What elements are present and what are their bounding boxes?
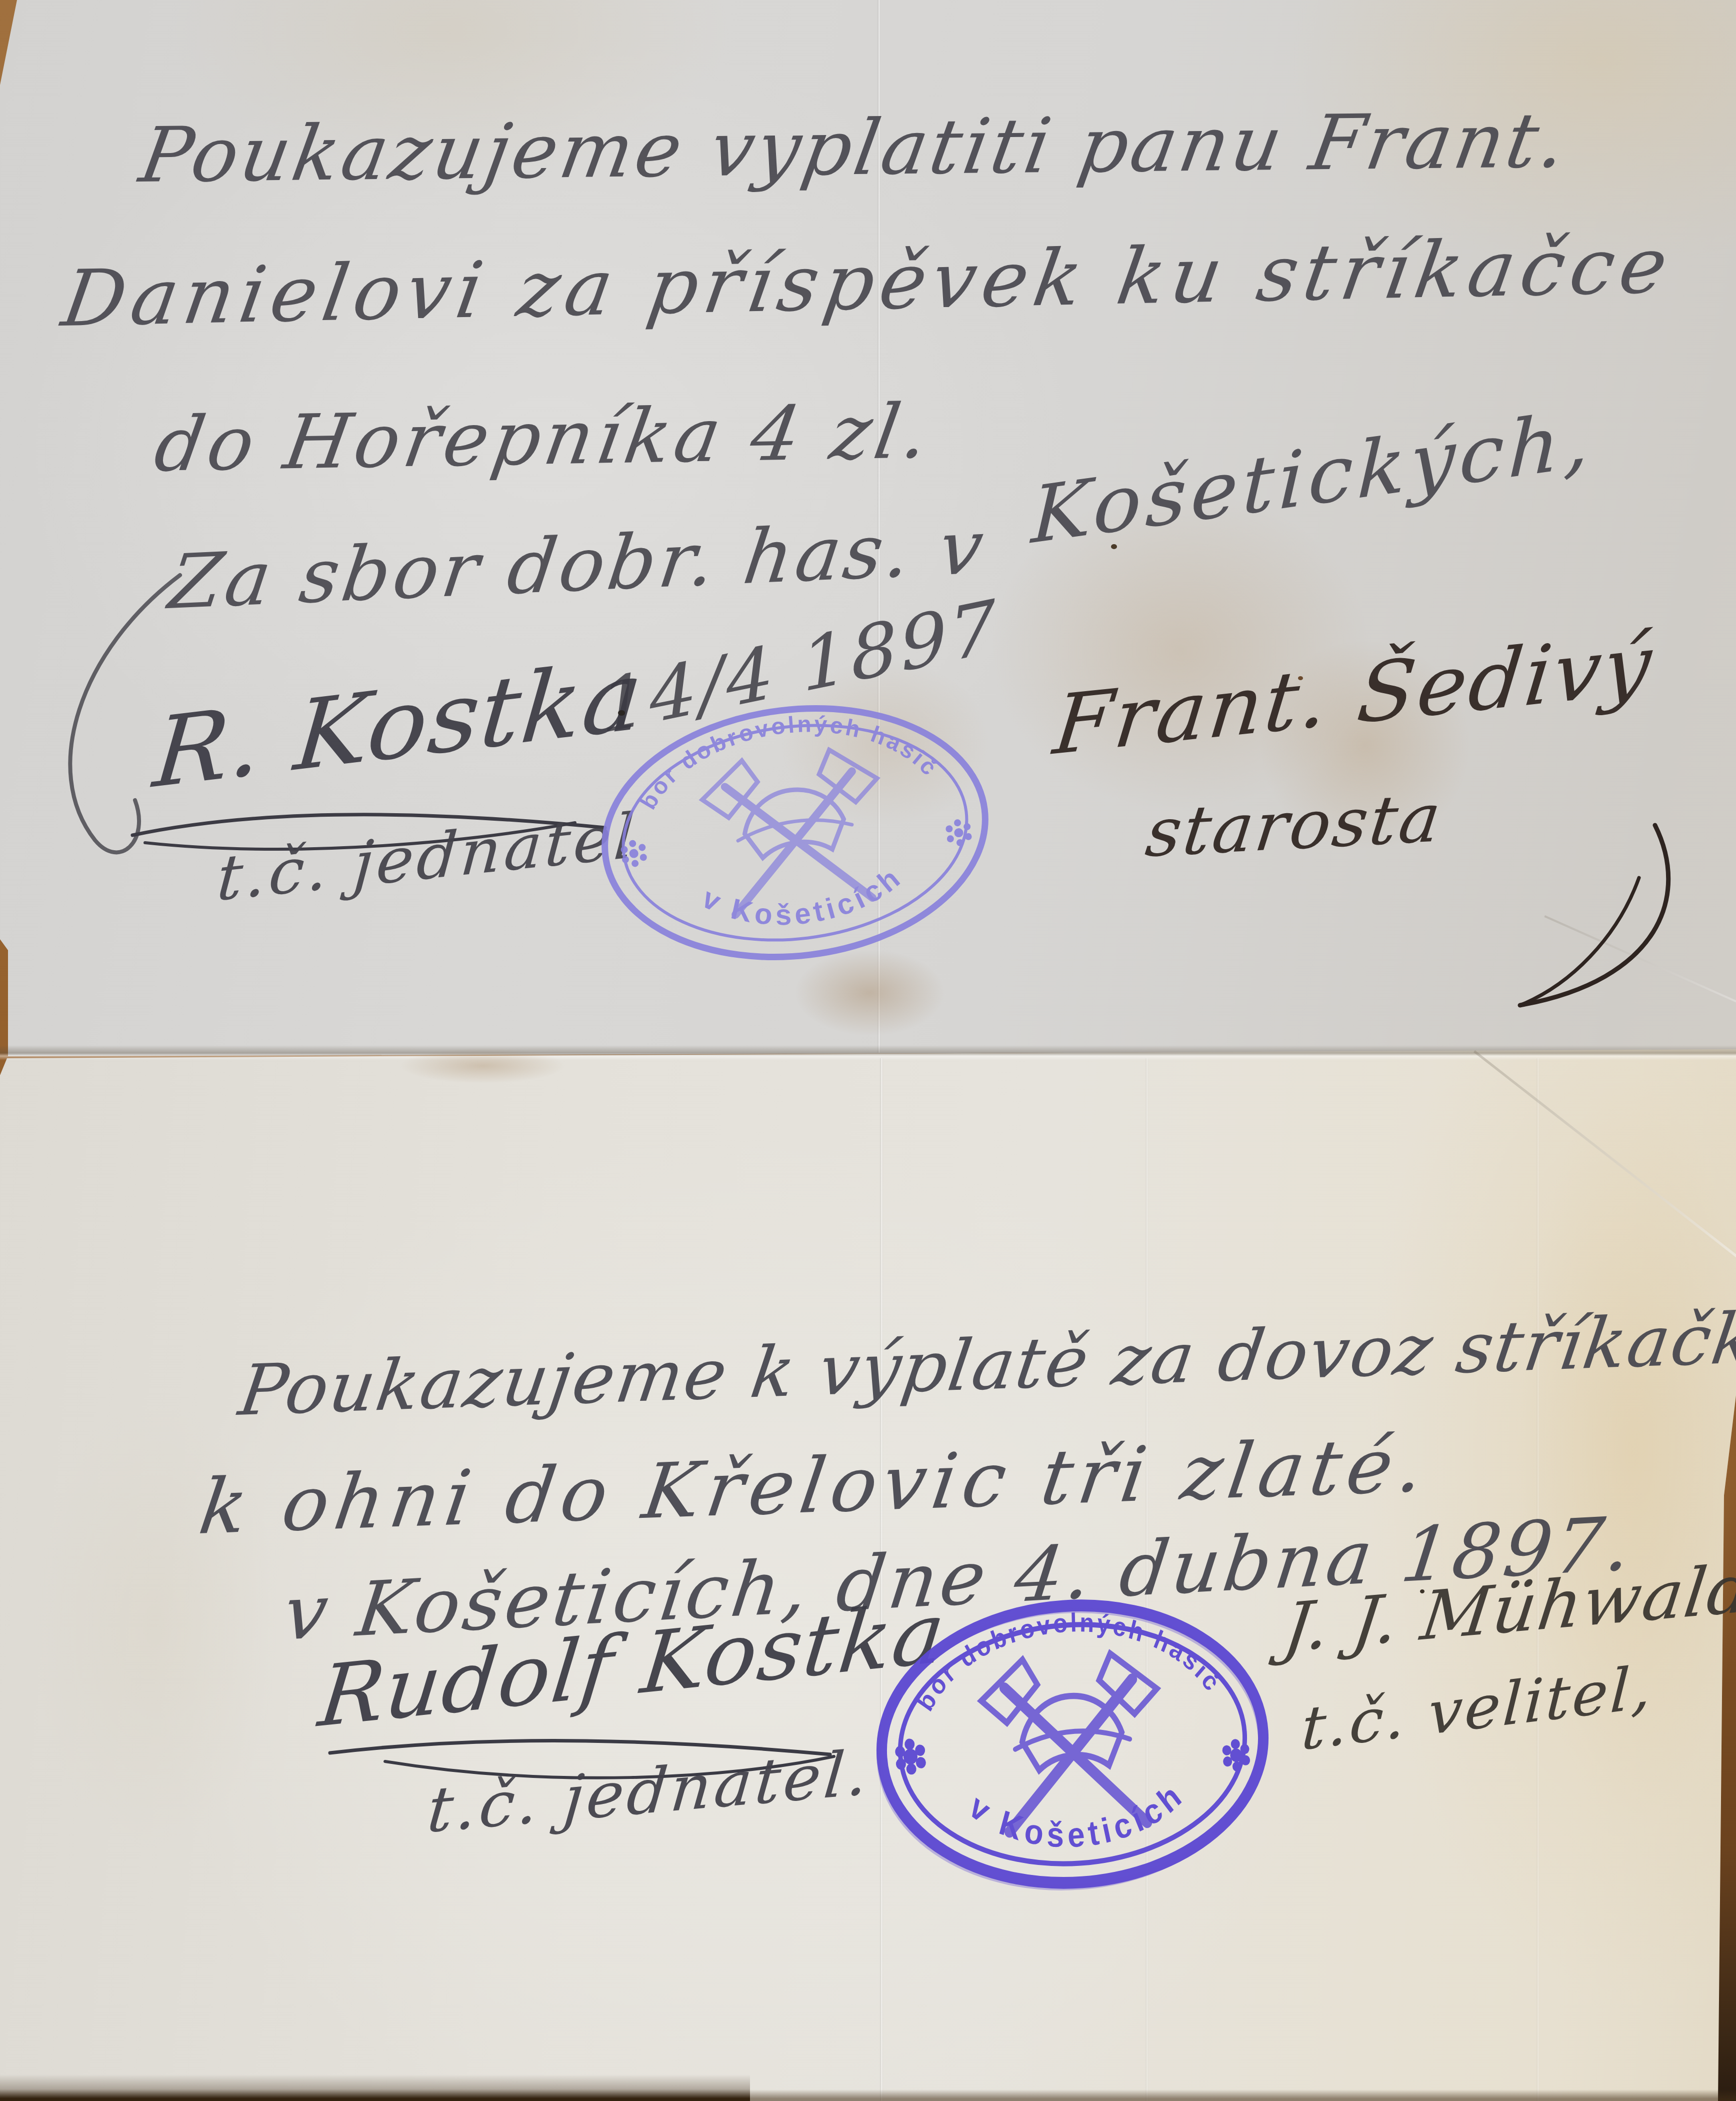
handwritten-line: do Hořepníka 4 zl.: [150, 394, 937, 483]
paper-edge-shadow: [0, 1045, 1736, 1060]
handwritten-line: Poukazujeme vyplatiti panu Frant.: [135, 103, 1574, 194]
signature-title: starosta: [1142, 784, 1446, 867]
photo-of-historical-documents: Poukazujeme vyplatiti panu Frant. Daniel…: [0, 0, 1736, 2101]
